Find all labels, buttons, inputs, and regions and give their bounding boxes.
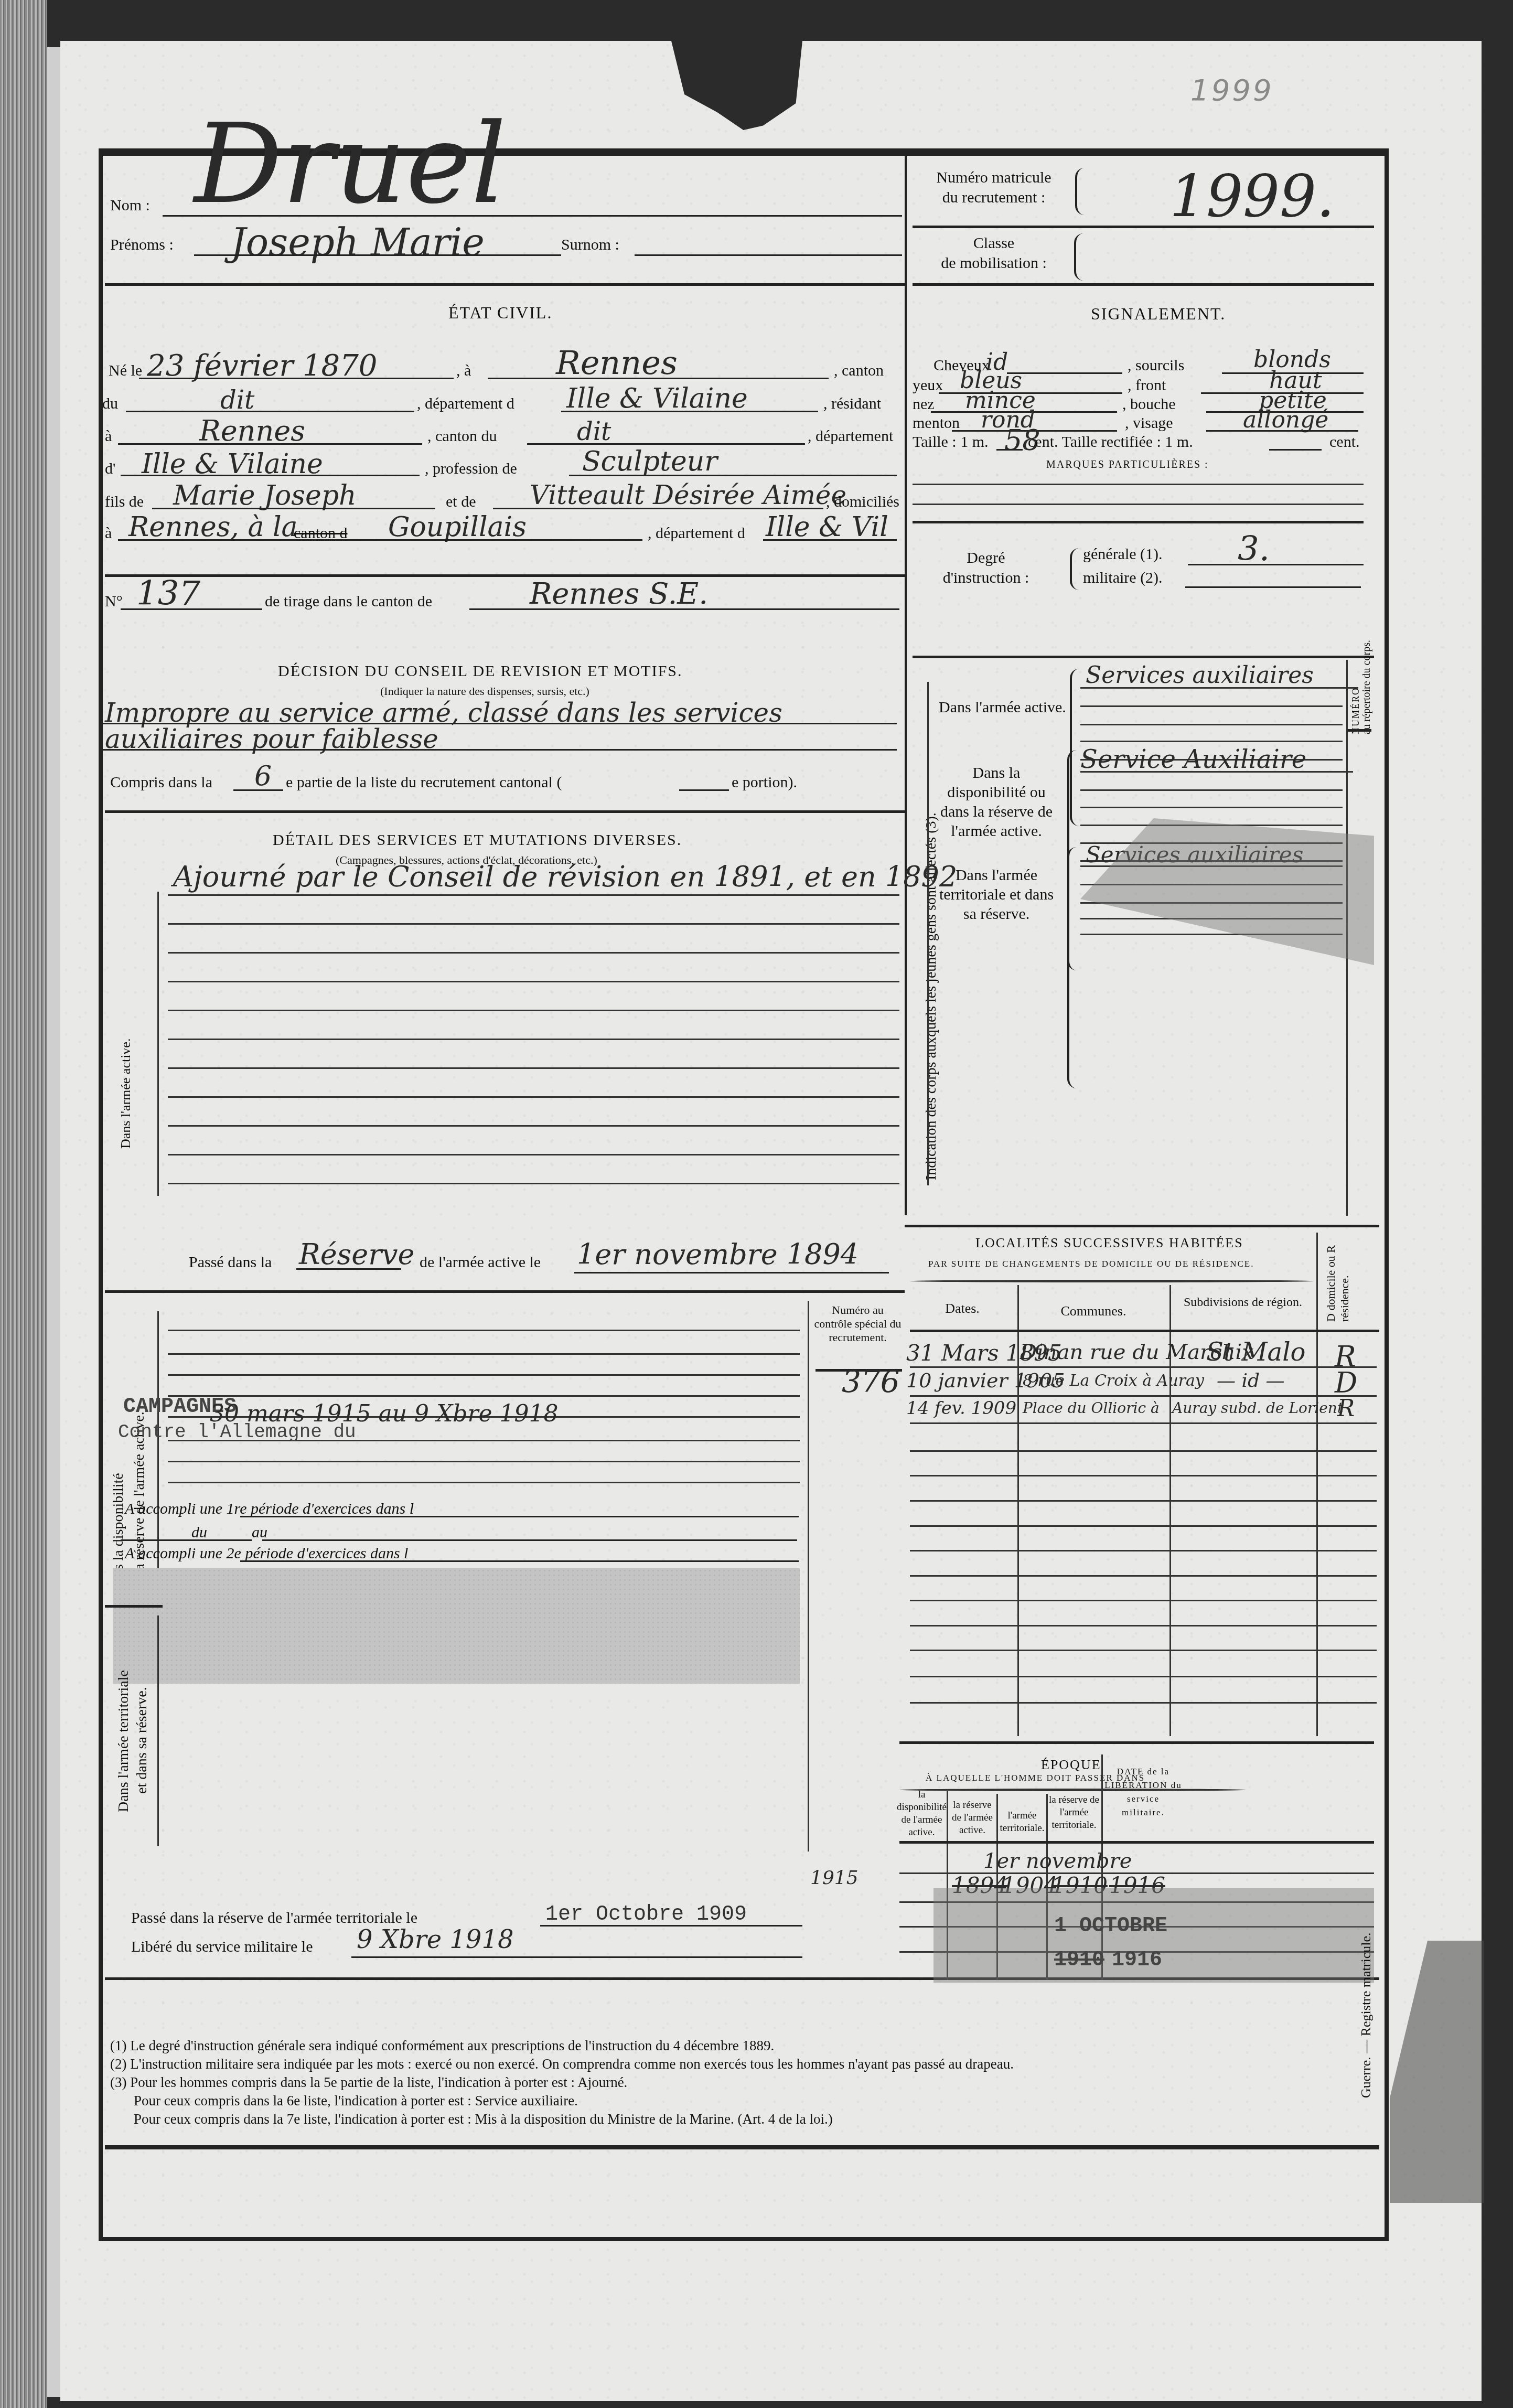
divider — [899, 1841, 1374, 1844]
affectation-entry-dispo[interactable]: Service Auxiliaire — [1080, 745, 1306, 774]
libere-label: Libéré du service militaire le — [131, 1938, 313, 1956]
field-line — [488, 378, 829, 379]
row-line — [910, 1395, 1377, 1397]
col-dates: Dates. — [910, 1301, 1015, 1317]
field-line — [118, 539, 642, 541]
brace — [1074, 233, 1086, 281]
res-dep-d-label: d' — [105, 460, 115, 478]
field-line — [351, 1956, 802, 1958]
epoque-title: ÉPOQUE — [1041, 1757, 1101, 1773]
field-line — [102, 749, 897, 751]
visage-label: , visage — [1125, 414, 1173, 432]
affectation-entry-active[interactable]: Services auxiliaires — [1086, 662, 1314, 689]
localite-row-2-dr[interactable]: D — [1335, 1366, 1357, 1399]
empty-row-line[interactable] — [910, 1600, 1377, 1601]
au-label: au — [252, 1524, 267, 1542]
menton-label: menton — [913, 414, 960, 432]
footnote-3c: Pour ceux compris dans la 7e liste, l'in… — [134, 2111, 833, 2127]
field-line — [1206, 430, 1358, 432]
footnote-3: (3) Pour les hommes compris dans la 5e p… — [110, 2074, 627, 2091]
localites-subtitle: PAR SUITE DE CHANGEMENTS DE DOMICILE OU … — [928, 1259, 1254, 1269]
divider — [910, 1330, 1379, 1332]
tirage-no-label: N° — [105, 593, 123, 611]
bracket-line — [927, 682, 929, 1185]
field-line — [168, 923, 899, 925]
yeux-label: yeux — [913, 377, 943, 394]
column-divider — [905, 156, 907, 1215]
side-label-terr-1: Dans l'armée territoriale — [115, 1670, 132, 1812]
periode1-field[interactable] — [240, 1516, 799, 1517]
birth-place[interactable]: Rennes — [556, 344, 678, 382]
row-line — [910, 1422, 1377, 1424]
divider — [913, 656, 1374, 658]
field-line — [996, 449, 1023, 451]
parents-domicile[interactable]: Rennes, à la — [128, 511, 298, 543]
bracket-line — [157, 892, 159, 1196]
column-divider — [1316, 1233, 1318, 1736]
a-label: , à — [456, 362, 471, 380]
tirage-canton[interactable]: Rennes S.E. — [530, 577, 708, 611]
epoque-col-disponibilite: la disponibilité de l'armée active. — [897, 1789, 947, 1839]
decision-subtitle: (Indiquer la nature des dispenses, sursi… — [380, 684, 589, 698]
field-line — [168, 952, 899, 954]
numero-repertoire-label: NUMÉRO — [1350, 687, 1361, 734]
field-line — [1080, 724, 1343, 725]
col-subdivisions: Subdivisions de région. — [1172, 1296, 1314, 1310]
front-label: , front — [1128, 377, 1166, 394]
empty-row-line[interactable] — [910, 1575, 1377, 1577]
empty-row-line[interactable] — [910, 1702, 1377, 1704]
liberation-header: DATE de la LIBÉRATION du service militai… — [1104, 1765, 1183, 1820]
divider — [913, 283, 1374, 286]
field-line — [469, 608, 899, 610]
stamp-terr-year: 1910 — [1054, 1949, 1104, 1972]
matricule-label: Numéro matriculedu recrutement : — [915, 168, 1072, 208]
divider — [105, 810, 905, 813]
field-line — [493, 508, 823, 509]
field-line — [168, 1010, 899, 1011]
field-line — [168, 1096, 899, 1098]
epoque-col-reserve-active: la réserve de l'armée active. — [948, 1799, 996, 1837]
field-line — [1080, 687, 1358, 689]
divider — [905, 1225, 1379, 1227]
instruction-generale-label: générale (1). — [1083, 545, 1163, 563]
divider — [105, 283, 905, 286]
footnote-2: (2) L'instruction militaire sera indiqué… — [110, 2056, 1014, 2072]
brace — [1067, 847, 1079, 1088]
passe-terr-date[interactable]: 1er Octobre 1909 — [545, 1903, 747, 1927]
book-binding — [0, 0, 47, 2408]
res-canton-label: , canton du — [427, 427, 497, 445]
numero-controle-value[interactable]: 376 — [842, 1364, 900, 1399]
mother-name[interactable]: Vitteault Désirée Aimée — [530, 480, 846, 510]
numero-repertoire-sub: au répertoire du corps. — [1361, 640, 1373, 734]
divider — [899, 1741, 1374, 1744]
field-line — [1007, 372, 1122, 374]
field-line — [561, 411, 818, 412]
field-line — [121, 608, 262, 610]
affectation-label-dispo: Dans la disponibilité ou dans la réserve… — [939, 763, 1054, 841]
field-line — [1080, 705, 1343, 707]
empty-row-line[interactable] — [910, 1475, 1377, 1476]
footnote-1: (1) Le degré d'instruction générale sera… — [110, 2038, 774, 2054]
side-label-terr-2: et dans sa réserve. — [134, 1687, 151, 1794]
dom-a-label: à — [105, 525, 112, 542]
visage-value[interactable]: allongé — [1243, 406, 1328, 433]
localite-row-2-commune[interactable]: 8 rue La Croix à Auray — [1023, 1372, 1204, 1390]
stamp-1-octobre: 1 OCTOBRE — [1054, 1914, 1167, 1938]
divider — [105, 1290, 905, 1293]
sourcils-label: , sourcils — [1128, 357, 1184, 374]
campagne-dates[interactable]: 30 mars 1915 au 9 Xbre 1918 — [210, 1400, 559, 1427]
field-line — [1080, 807, 1343, 808]
birth-departement[interactable]: Ille & Vilaine — [566, 383, 748, 414]
bouche-label: , bouche — [1122, 395, 1176, 413]
brace — [1075, 168, 1087, 215]
empty-row-line[interactable] — [910, 1500, 1377, 1502]
etat-civil-title: ÉTAT CIVIL. — [448, 303, 552, 323]
col-domicile-residence: D domicile ou R résidence. — [1324, 1233, 1351, 1322]
empty-row-line[interactable] — [910, 1650, 1377, 1651]
instruction-militaire-field[interactable] — [1185, 586, 1361, 588]
father-name[interactable]: Marie Joseph — [173, 480, 356, 511]
compris-partie[interactable]: 6 — [254, 761, 272, 792]
nom-value[interactable]: Druel — [194, 100, 506, 228]
empty-row-line[interactable] — [910, 1676, 1377, 1677]
field-line — [168, 1067, 899, 1069]
field-line — [168, 894, 899, 896]
libere-date[interactable]: 9 Xbre 1918 — [357, 1925, 513, 1954]
compris-suffix: e partie de la liste du recrutement cant… — [286, 774, 562, 791]
dom-departement-label: , département d — [648, 525, 745, 542]
tirage-number[interactable]: 137 — [136, 574, 200, 613]
nom-field-line — [163, 215, 902, 217]
field-line — [168, 1482, 800, 1483]
affectation-label-active: Dans l'armée active. — [939, 698, 1054, 718]
surnom-label: Surnom : — [561, 236, 619, 254]
localite-row-1-subdivision[interactable]: St Malo — [1206, 1337, 1305, 1367]
passe-terr-label: Passé dans la réserve de l'armée territo… — [131, 1909, 417, 1927]
periode1-du-field[interactable] — [207, 1539, 252, 1541]
du-label: du — [191, 1524, 207, 1542]
field-line — [168, 1154, 899, 1155]
divider — [105, 1605, 163, 1608]
row-line — [910, 1366, 1377, 1368]
column-divider — [808, 1301, 809, 1852]
field-line — [540, 1925, 802, 1927]
field-line — [569, 475, 897, 476]
field-line — [1188, 564, 1364, 565]
empty-row-line[interactable] — [910, 1550, 1377, 1551]
portion-suffix: e portion). — [732, 774, 797, 791]
field-line — [168, 1461, 800, 1462]
marques-line[interactable] — [913, 504, 1364, 505]
taille-label: Taille : 1 m. — [913, 433, 989, 451]
epoque-col-reserve-territoriale: la réserve de l'armée territoriale. — [1048, 1794, 1100, 1832]
pencil-register-number: 1999 — [1190, 73, 1274, 108]
field-line — [168, 1374, 800, 1376]
passe-label: Passé dans la — [189, 1254, 272, 1271]
bracket-line — [157, 1615, 159, 1846]
field-line — [168, 1183, 899, 1184]
nom-label: Nom : — [110, 197, 150, 215]
brace — [1070, 548, 1081, 590]
footnote-3b: Pour ceux compris dans la 6e liste, l'in… — [134, 2093, 578, 2109]
field-line — [168, 1330, 800, 1331]
canton-label: , canton — [834, 362, 884, 380]
periode2-field[interactable] — [240, 1560, 799, 1562]
prenoms-value[interactable]: Joseph Marie — [231, 220, 485, 264]
field-line — [527, 443, 805, 445]
localite-row-3-date[interactable]: 14 fev. 1909 — [906, 1398, 1016, 1419]
field-line — [168, 1039, 899, 1040]
res-a-label: à — [105, 427, 112, 445]
du-label: du — [102, 395, 118, 413]
matricule-value[interactable]: 1999. — [1169, 163, 1335, 230]
portion-field[interactable] — [679, 789, 729, 791]
instruction-generale-value[interactable]: 3. — [1238, 530, 1270, 569]
et-de-label: et de — [446, 493, 476, 511]
epoque-col-territoriale: l'armée territoriale. — [998, 1810, 1046, 1835]
field-line — [1080, 741, 1343, 742]
ornamental-rule — [899, 1789, 1246, 1791]
localite-row-3-commune[interactable]: Place du Ollioric à — [1023, 1399, 1160, 1417]
passe-value[interactable]: Réserve — [299, 1238, 415, 1271]
divider — [105, 574, 905, 577]
field-line — [152, 508, 435, 509]
divider — [913, 226, 1374, 228]
field-line — [168, 1395, 800, 1397]
surnom-field[interactable] — [635, 254, 902, 256]
field-line — [139, 378, 454, 379]
passe-date[interactable]: 1er novembre 1894 — [577, 1238, 859, 1271]
field-line — [168, 981, 899, 982]
pasted-paper-patch — [113, 1568, 800, 1684]
field-line — [118, 443, 422, 445]
profession-label: , profession de — [425, 460, 517, 478]
divider — [1348, 729, 1371, 732]
registre-matricule-margin: Guerre. — Registre matricule. — [1358, 1933, 1374, 2099]
empty-row-line[interactable] — [910, 1525, 1377, 1527]
field-line — [1080, 771, 1353, 773]
periode2-label: A accompli une 2e période d'exercices da… — [125, 1545, 408, 1562]
field-line — [574, 1272, 889, 1273]
res-departement-label: , département — [808, 427, 893, 445]
numero-controle-label: Numéro au contrôle spécial du recrutemen… — [812, 1303, 904, 1344]
instruction-label: Degréd'instruction : — [923, 548, 1049, 588]
empty-row-line[interactable] — [910, 1450, 1377, 1452]
col-communes: Communes. — [1020, 1303, 1167, 1319]
marques-title: MARQUES PARTICULIÈRES : — [1046, 459, 1209, 471]
tirage-label: de tirage dans le canton de — [265, 593, 432, 611]
field-line — [233, 789, 283, 791]
ne-le-label: Né le — [109, 362, 142, 380]
marques-line[interactable] — [913, 484, 1364, 485]
cent-label: cent. — [1329, 433, 1359, 451]
domicilies-label: , domiciliés — [826, 493, 899, 511]
departement-label: , département d — [417, 395, 514, 413]
services-title: DÉTAIL DES SERVICES ET MUTATIONS DIVERSE… — [273, 831, 682, 849]
divider — [913, 521, 1364, 523]
field-line — [168, 1125, 899, 1127]
field-line — [121, 475, 420, 476]
periode1-label: A accompli une 1re période d'exercices d… — [125, 1500, 414, 1518]
residant-label: , résidant — [823, 395, 881, 413]
localite-row-3-subdivision[interactable]: Auray subd. de Lorient — [1172, 1399, 1343, 1417]
prenoms-label: Prénoms : — [110, 236, 174, 254]
margin-note-1915: 1915 — [810, 1867, 859, 1889]
fils-de-label: fils de — [105, 493, 144, 511]
bottom-rule — [105, 2145, 1379, 2149]
compris-label: Compris dans la — [110, 774, 212, 791]
instruction-militaire-label: militaire (2). — [1083, 569, 1163, 587]
profession[interactable]: Sculpteur — [582, 446, 717, 477]
empty-row-line[interactable] — [910, 1625, 1377, 1626]
passe-mid: de l'armée active le — [420, 1254, 541, 1271]
res-canton[interactable]: dit — [577, 417, 611, 446]
taille-rectifiee-label: cent. Taille rectifiée : 1 m. — [1028, 433, 1193, 451]
classe-label: Classede mobilisation : — [915, 233, 1072, 273]
field-line — [168, 1353, 800, 1355]
signalement-title: SIGNALEMENT. — [1091, 304, 1226, 324]
prenoms-field-line — [194, 254, 561, 256]
decision-title: DÉCISION DU CONSEIL DE REVISION ET MOTIF… — [278, 662, 683, 680]
residence[interactable]: Rennes — [199, 414, 305, 447]
field-line — [1080, 789, 1343, 791]
epoque-handwritten-header: 1er novembre — [983, 1849, 1132, 1873]
field-line — [763, 539, 897, 541]
nez-label: nez — [913, 395, 935, 413]
parents-departement[interactable]: Ille & Vil — [766, 511, 888, 543]
stamp-liberation-year: 1916 — [1112, 1949, 1162, 1972]
parents-canton[interactable]: Goupillais — [388, 511, 527, 543]
service-entry-1[interactable]: Ajourné par le Conseil de révision en 18… — [173, 860, 957, 893]
periode1-au-field[interactable] — [262, 1539, 797, 1541]
localites-title: LOCALITÉS SUCCESSIVES HABITÉES — [975, 1235, 1243, 1251]
ornamental-rule — [910, 1280, 1314, 1282]
field-line — [296, 1268, 401, 1270]
localite-row-3-dr[interactable]: R — [1337, 1395, 1355, 1422]
localite-row-2-subdivision[interactable]: — id — — [1217, 1370, 1284, 1392]
field-line — [126, 411, 414, 412]
taille-rectifiee-field[interactable] — [1269, 449, 1322, 451]
side-label-active: Dans l'armée active. — [118, 1039, 134, 1149]
